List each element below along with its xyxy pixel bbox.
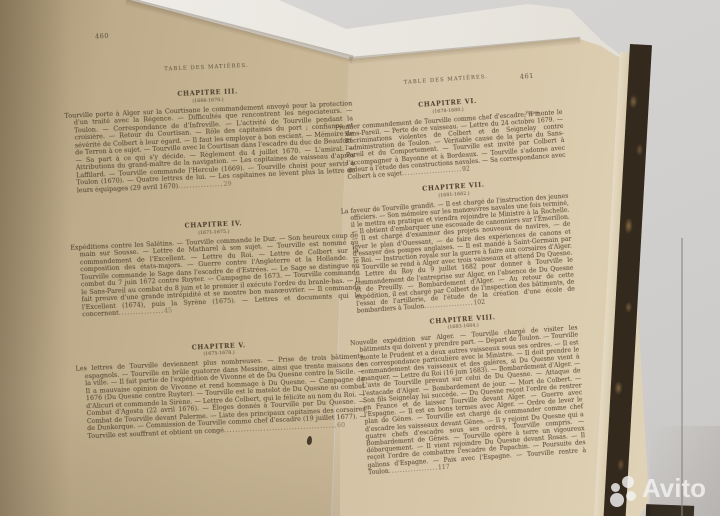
avito-logo-icon — [610, 476, 640, 506]
chapter-5-page-ref: 60 — [337, 420, 345, 428]
chapter-8-summary: Nouvelle expédition sur Alger. — Tourvil… — [350, 325, 587, 477]
chapter-4-leader: ................ — [119, 307, 165, 317]
chapter-5-summary: Les lettres de Tourville deviennent plus… — [75, 353, 366, 440]
chapter-7-page-ref: 102 — [473, 299, 485, 307]
chapter-6-summary: Premier commandement de Tourville comme … — [335, 108, 566, 181]
chapter-3-page-ref: 29 — [223, 179, 231, 187]
chapter-3-leader: ................ — [178, 180, 224, 190]
chapter-7-summary-text: La faveur de Tourville grandit. — Il est… — [341, 192, 575, 315]
chapter-7-leader: .................. — [424, 300, 474, 310]
chapter-3-summary: Tourville porte à Alger sur la Courtisan… — [64, 100, 355, 195]
chapter-8-summary-text: Nouvelle expédition sur Alger. — Tourvil… — [350, 325, 586, 477]
avito-logo-circle — [622, 476, 634, 488]
chapter-6-page-ref: 92 — [462, 165, 470, 173]
book-photo: 460 TABLE DES MATIÈRES. CHAPITRE III. (1… — [0, 0, 720, 516]
chapter-8-page-ref: 117 — [438, 463, 450, 471]
left-folio: 460 — [95, 32, 109, 41]
chapter-4-page-ref: 45 — [164, 306, 172, 314]
watermark-text: Avito — [642, 473, 706, 504]
chapter-4-summary: Expéditions contre les Salétins. — Tourv… — [70, 232, 361, 319]
right-page-content: 461 Pages. TABLE DES MATIÈRES. CHAPITRE … — [330, 40, 587, 483]
avito-watermark: Avito — [604, 468, 720, 510]
pages-column-label: Pages. — [525, 110, 540, 116]
chapter-7-summary: La faveur de Tourville grandit. — Il est… — [341, 192, 576, 316]
chapter-4-summary-text: Expéditions contre les Salétins. — Tourv… — [70, 231, 361, 319]
avito-logo-circle — [626, 491, 636, 501]
avito-logo-circle — [611, 483, 620, 492]
left-page-content: 460 TABLE DES MATIÈRES. CHAPITRE III. (1… — [60, 0, 367, 447]
avito-logo-circle — [610, 493, 624, 507]
left-running-head: TABLE DES MATIÈRES. — [63, 58, 351, 77]
